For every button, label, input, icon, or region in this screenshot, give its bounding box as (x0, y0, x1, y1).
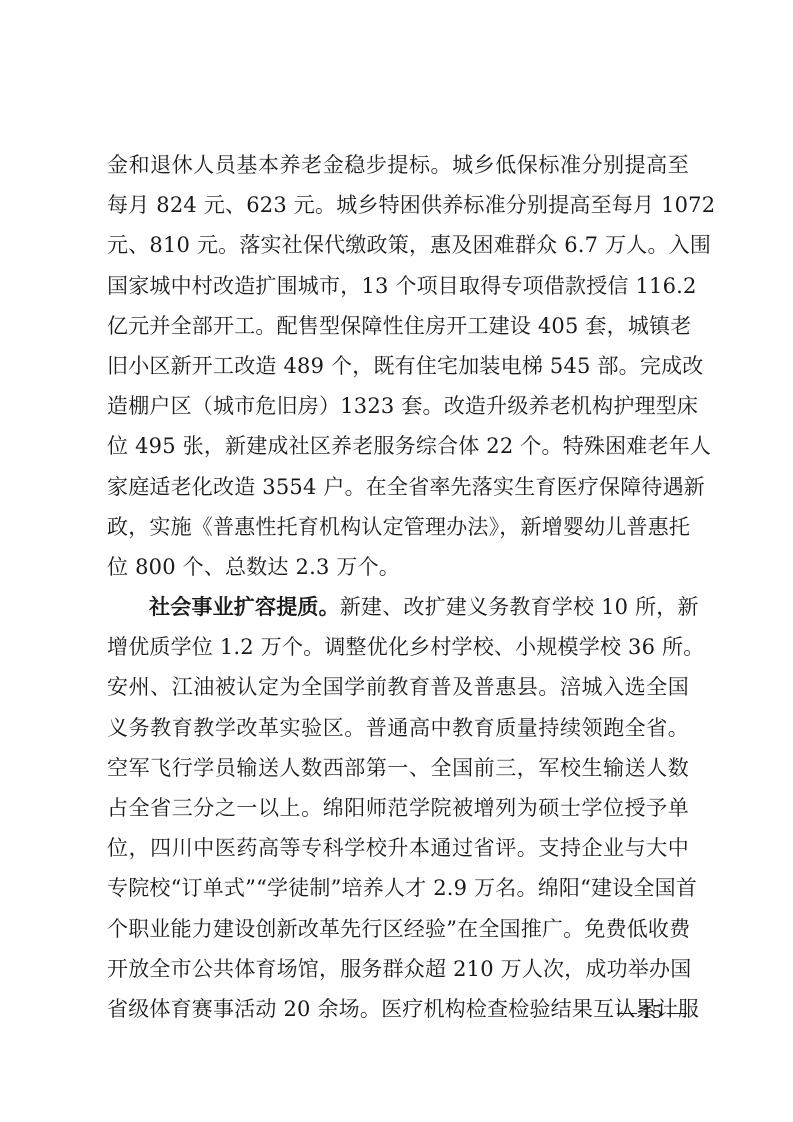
text-line: 国家城中村改造扩围城市，13 个项目取得专项借款授信 116.2 (107, 266, 689, 306)
text-line: 位 800 个、总数达 2.3 万个。 (107, 547, 689, 587)
body-text: 金和退休人员基本养老金稳步提标。城乡低保标准分别提高至 每月 824 元、623… (107, 145, 689, 1029)
text-line: 开放全市公共体育场馆，服务群众超 210 万人次，成功举办国 (107, 949, 689, 989)
paragraph-heading: 社会事业扩容提质。 (149, 594, 340, 619)
text-line-first: 社会事业扩容提质。新建、改扩建义务教育学校 10 所，新 (107, 587, 689, 627)
text-line: 亿元并全部开工。配售型保障性住房开工建设 405 套，城镇老 (107, 306, 689, 346)
document-page: 金和退休人员基本养老金稳步提标。城乡低保标准分别提高至 每月 824 元、623… (0, 0, 793, 1122)
page-number: — 15 — (612, 1001, 692, 1024)
text-segment: 新建、改扩建义务教育学校 10 所，新 (340, 595, 699, 619)
paragraph-social-security: 金和退休人员基本养老金稳步提标。城乡低保标准分别提高至 每月 824 元、623… (107, 145, 689, 587)
text-line: 政，实施《普惠性托育机构认定管理办法》，新增婴幼儿普惠托 (107, 507, 689, 547)
text-line: 金和退休人员基本养老金稳步提标。城乡低保标准分别提高至 (107, 145, 689, 185)
text-line: 旧小区新开工改造 489 个，既有住宅加装电梯 545 部。完成改 (107, 346, 689, 386)
text-line: 专院校“订单式”“学徒制”培养人才 2.9 万名。绵阳“建设全国首 (107, 868, 689, 908)
text-line: 义务教育教学改革实验区。普通高中教育质量持续领跑全省。 (107, 708, 689, 748)
text-line: 每月 824 元、623 元。城乡特困供养标准分别提高至每月 1072 (107, 185, 689, 225)
text-line: 占全省三分之一以上。绵阳师范学院被增列为硕士学位授予单 (107, 788, 689, 828)
paragraph-social-undertakings: 社会事业扩容提质。新建、改扩建义务教育学校 10 所，新 增优质学位 1.2 万… (107, 587, 689, 1029)
text-line: 个职业能力建设创新改革先行区经验”在全国推广。免费低收费 (107, 909, 689, 949)
text-line: 空军飞行学员输送人数西部第一、全国前三，军校生输送人数 (107, 748, 689, 788)
text-line: 家庭适老化改造 3554 户。在全省率先落实生育医疗保障待遇新 (107, 467, 689, 507)
text-line: 造棚户区（城市危旧房）1323 套。改造升级养老机构护理型床 (107, 386, 689, 426)
text-line: 位 495 张，新建成社区养老服务综合体 22 个。特殊困难老年人 (107, 426, 689, 466)
text-line: 元、810 元。落实社保代缴政策，惠及困难群众 6.7 万人。入围 (107, 225, 689, 265)
text-line: 位，四川中医药高等专科学校升本通过省评。支持企业与大中 (107, 828, 689, 868)
text-line: 安州、江油被认定为全国学前教育普及普惠县。涪城入选全国 (107, 667, 689, 707)
text-line: 增优质学位 1.2 万个。调整优化乡村学校、小规模学校 36 所。 (107, 627, 689, 667)
text-line: 省级体育赛事活动 20 余场。医疗机构检查检验结果互认累计服 (107, 989, 689, 1029)
